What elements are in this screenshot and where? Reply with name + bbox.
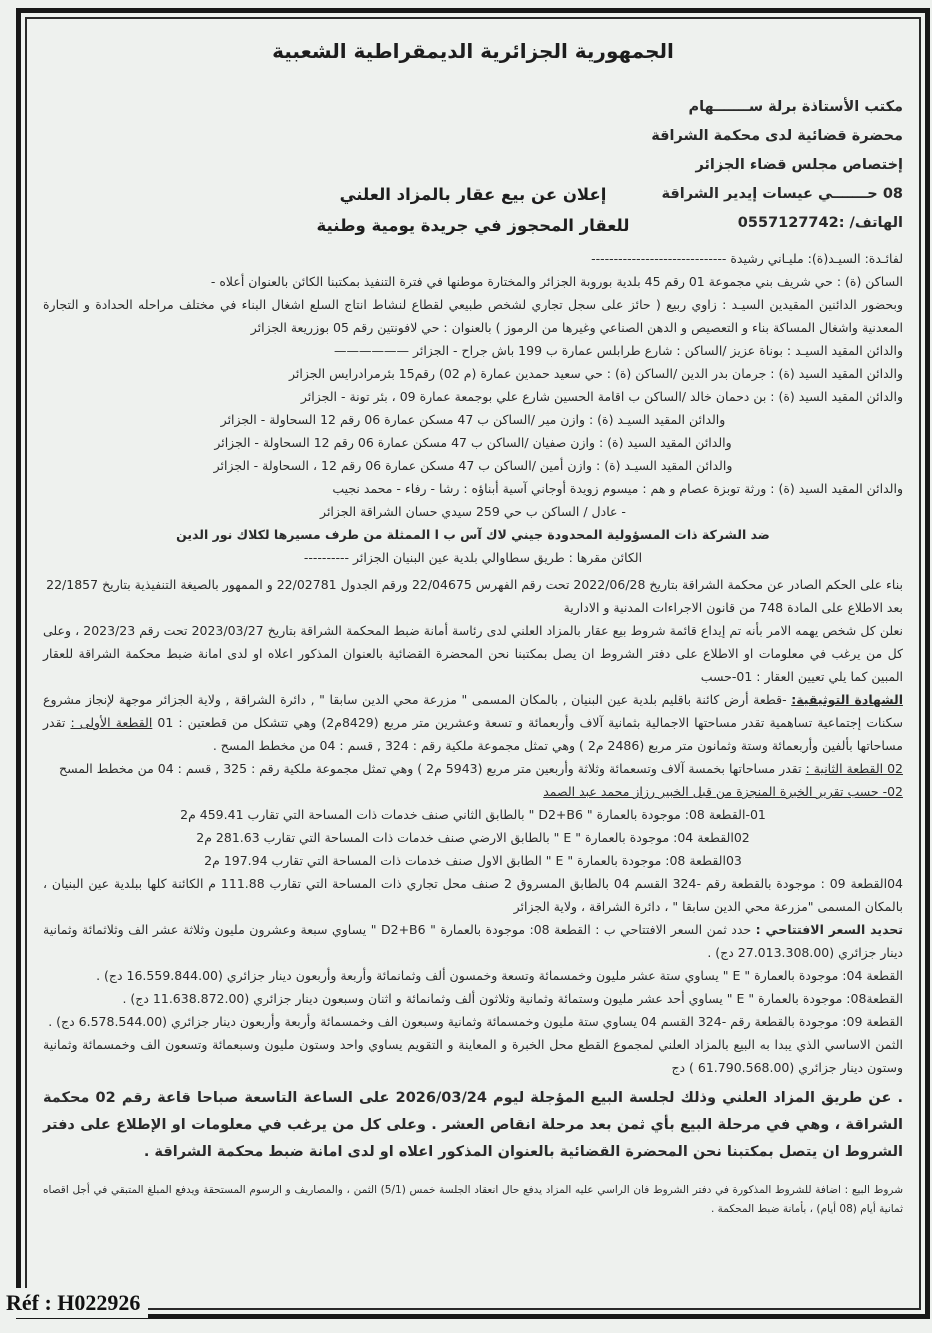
expert-report-heading: 02- حسب تقرير الخبرة المنجزة من قبل الخب… [43,780,903,803]
price-item-line: القطعة 09: موجودة بالقطعة رقم -324 القسم… [43,1010,903,1033]
creditor-line: والدائن المقيد السيد (ة) : بن دحمان خالد… [43,385,903,408]
lot2-text: تقدر مساحاتها بخمسة آلاف وتسعمائة وثلاثة… [59,761,806,776]
creditor-line: والدائن المقيد السيـد : بوناة عزيز /السا… [43,339,903,362]
unit-line: 04القطعة 09 : موجودة بالقطعة رقم -324 ال… [43,872,903,918]
price-item-line: القطعة 04: موجودة بالعمارة " E " يساوي س… [43,964,903,987]
presence-line: وبحضور الدائنين المقيدين السيـد : زاوي ر… [43,293,903,339]
company-hq-line: الكائن مقرها : طريق سطاوالي بلدية عين ال… [43,546,903,569]
creditor-line: والدائن المقيد السيـد (ة) : وازن أمين /ا… [43,454,903,477]
creditor-line: والدائن المقيد السيـد (ة) : وازن مير /ال… [43,408,903,431]
heirs-continuation-line: - عادل / الساكن ب حي 259 سيدي حسان الشرا… [43,500,903,523]
creditor-line: والدائن المقيد السيد (ة) : جرمان بدر الد… [43,362,903,385]
lot2-paragraph: 02 القطعة الثانية : تقدر مساحاتها بخمسة … [43,757,903,780]
price-item-line: القطعة08: موجودة بالعمارة " E " يساوي أح… [43,987,903,1010]
opening-price-label: تحديد السعر الافتتاحي : [756,922,903,937]
office-role: محضرة قضائية لدى محكمة الشراقة [47,126,903,146]
legal-article-line: بعد الاطلاع على المادة 748 من قانون الاج… [43,596,903,619]
unit-line: 03القطعة 08: موجودة بالعمارة " E " الطاب… [43,849,903,872]
deposit-notice-line: نعلن كل شخص يهمه الامر بأنه تم إيداع قائ… [43,619,903,688]
unit-line: 02القطعة 04: موجودة بالعمارة " E " بالطا… [43,826,903,849]
republic-header: الجمهورية الجزائرية الديمقراطية الشعبية [43,39,903,63]
sale-conditions-paragraph: شروط البيع : اضافة للشروط المذكورة في دف… [43,1181,903,1219]
notarial-certificate-paragraph: الشهادة التوثيقية: -قطعة أرض كائنة باقلي… [43,688,903,757]
announcement-title-line1: إعلان عن بيع عقار بالمزاد العلني [273,184,673,206]
defendant-company-line: ضد الشركة ذات المسؤولية المحدودة جيني لا… [43,523,903,546]
lot2-label: 02 القطعة الثانية : [806,761,903,776]
beneficiary-line: لفائـدة: السيـد(ة): مليـاني رشيدة ------… [43,247,903,270]
notarial-certificate-label: الشهادة التوثيقية: [791,692,903,707]
lot1-label: القطعة الأولى : [70,715,152,730]
opening-price-paragraph: تحديد السعر الافتتاحي : حدد ثمن السعر ال… [43,918,903,964]
announcement-title: إعلان عن بيع عقار بالمزاد العلني للعقار … [273,184,673,237]
beneficiary-address-line: الساكن (ة) : حي شريف بني مجموعة 01 رقم 4… [43,270,903,293]
creditor-line: والدائن المقيد السيد (ة) : وازن صفيان /ا… [43,431,903,454]
office-jurisdiction: إختصاص مجلس قضاء الجزائر [47,155,903,175]
reference-number: Réf : H022926 [4,1288,148,1318]
unit-line: 01-القطعة 08: موجودة بالعمارة " D2+B6 " … [43,803,903,826]
creditor-line: والدائن المقيد السيد (ة) : ورثة توبزة عص… [43,477,903,500]
office-name: مكتب الأستاذة برلة ســـــــهام [47,97,903,117]
auction-session-paragraph: . عن طريق المزاد العلني وذلك لجلسة البيع… [43,1085,903,1166]
announcement-title-line2: للعقار المحجوز في جريدة يومية وطنية [273,215,673,237]
base-price-line: الثمن الاساسي الذي يبدا به البيع بالمزاد… [43,1033,903,1079]
page-border-inner: الجمهورية الجزائرية الديمقراطية الشعبية … [25,17,921,1310]
page-border-outer: الجمهورية الجزائرية الديمقراطية الشعبية … [16,8,930,1319]
scanned-legal-document: الجمهورية الجزائرية الديمقراطية الشعبية … [0,0,932,1333]
notarial-certificate-text: -قطعة أرض كائنة باقليم بلدية عين البنيان… [43,692,903,730]
document-body: لفائـدة: السيـد(ة): مليـاني رشيدة ------… [43,247,903,1219]
judgment-basis-line: بناء على الحكم الصادر عن محكمة الشراقة ب… [43,573,903,596]
